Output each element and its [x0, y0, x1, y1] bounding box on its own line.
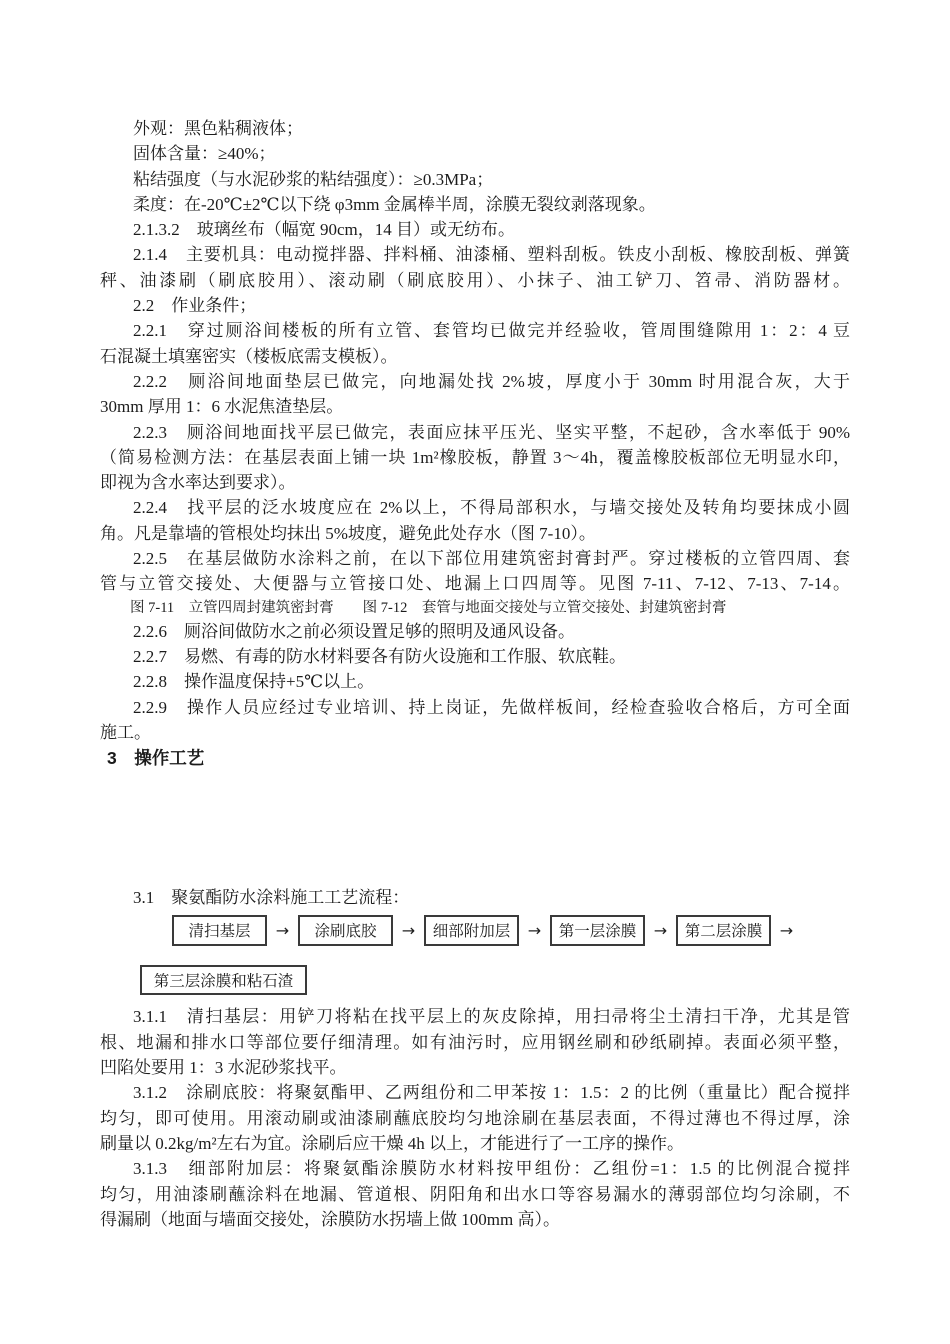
doc-line: 根、地漏和排水口等部位要仔细清理。如有油污时，应用钢丝刷和砂纸刷掉。表面必须平整…: [100, 1030, 850, 1055]
doc-line: 即视为含水率达到要求）。: [100, 470, 850, 495]
figure-caption: 图 7-11 立管四周封建筑密封膏 图 7-12 套管与地面交接处与立管交接处、…: [100, 597, 850, 619]
doc-line: 2.2.4 找平层的泛水坡度应在 2%以上，不得局部积水，与墙交接处及转角均要抹…: [100, 495, 850, 520]
doc-line: 3.1.1 清扫基层：用铲刀将粘在找平层上的灰皮除掉，用扫帚将尘土清扫干净，尤其…: [100, 1004, 850, 1029]
flow-arrow-icon: →: [393, 921, 424, 940]
doc-line: 施工。: [100, 720, 850, 745]
doc-line: 柔度：在-20℃±2℃以下绕 φ3mm 金属棒半周，涂膜无裂纹剥落现象。: [100, 192, 850, 217]
doc-line: （简易检测方法：在基层表面上铺一块 1m²橡胶板，静置 3～4h，覆盖橡胶板部位…: [100, 445, 850, 470]
doc-line: 得漏刷（地面与墙面交接处，涂膜防水拐墙上做 100mm 高）。: [100, 1207, 850, 1232]
blank-gap: [100, 771, 850, 885]
doc-line: 2.2.9 操作人员应经过专业培训、持上岗证，先做样板间，经检查验收合格后，方可…: [100, 695, 850, 720]
doc-line: 2.1.3.2 玻璃丝布（幅宽 90cm，14 目）或无纺布。: [100, 217, 850, 242]
flow-step-box: 清扫基层: [172, 915, 267, 946]
doc-line: 秤、油漆刷（刷底胶用）、滚动刷（刷底胶用）、小抹子、油工铲刀、笤帚、消防器材。: [100, 268, 850, 293]
doc-line: 2.2.2 厕浴间地面垫层已做完，向地漏处找 2%坡，厚度小于 30mm 时用混…: [100, 369, 850, 394]
doc-line: 3.1.3 细部附加层：将聚氨酯涂膜防水材料按甲组份：乙组份=1：1.5 的比例…: [100, 1156, 850, 1181]
doc-line: 2.1.4 主要机具：电动搅拌器、拌料桶、油漆桶、塑料刮板。铁皮小刮板、橡胶刮板…: [100, 242, 850, 267]
document-page: 外观：黑色粘稠液体； 固体含量：≥40%； 粘结强度（与水泥砂浆的粘结强度）：≥…: [0, 0, 950, 1344]
doc-line: 2.2.1 穿过厕浴间楼板的所有立管、套管均已做完并经验收，管周围缝隙用 1：2…: [100, 318, 850, 343]
flow-step-box: 细部附加层: [424, 915, 519, 946]
process-flow-row-2: 第三层涂膜和粘石渣: [140, 965, 850, 995]
flow-arrow-icon: →: [519, 921, 550, 940]
doc-line: 角。凡是靠墙的管根处均抹出 5%坡度，避免此处存水（图 7-10）。: [100, 521, 850, 546]
doc-line: 30mm 厚用 1：6 水泥焦渣垫层。: [100, 394, 850, 419]
document-content: 外观：黑色粘稠液体； 固体含量：≥40%； 粘结强度（与水泥砂浆的粘结强度）：≥…: [100, 116, 850, 1232]
doc-line: 均匀，即可使用。用滚动刷或油漆刷蘸底胶均匀地涂刷在基层表面，不得过薄也不得过厚，…: [100, 1106, 850, 1131]
doc-line: 2.2.5 在基层做防水涂料之前，在以下部位用建筑密封膏封严。穿过楼板的立管四周…: [100, 546, 850, 571]
flow-arrow-icon: →: [645, 921, 676, 940]
doc-line: 3.1.2 涂刷底胶：将聚氨酯甲、乙两组份和二甲苯按 1：1.5：2 的比例（重…: [100, 1080, 850, 1105]
doc-line: 粘结强度（与水泥砂浆的粘结强度）：≥0.3MPa；: [100, 167, 850, 192]
doc-line: 2.2.8 操作温度保持+5℃以上。: [100, 669, 850, 694]
flow-step-box: 涂刷底胶: [298, 915, 393, 946]
flow-step-box: 第二层涂膜: [676, 915, 771, 946]
flow-arrow-icon: →: [267, 921, 298, 940]
doc-line: 2.2.7 易燃、有毒的防水材料要各有防火设施和工作服、软底鞋。: [100, 644, 850, 669]
doc-line: 均匀，用油漆刷蘸涂料在地漏、管道根、阴阳角和出水口等容易漏水的薄弱部位均匀涂刷，…: [100, 1182, 850, 1207]
flow-step-box: 第一层涂膜: [550, 915, 645, 946]
doc-line: 2.2.3 厕浴间地面找平层已做完，表面应抹平压光、坚实平整，不起砂，含水率低于…: [100, 420, 850, 445]
doc-line: 管与立管交接处、大便器与立管接口处、地漏上口四周等。见图 7-11、7-12、7…: [100, 571, 850, 596]
flow-step-box: 第三层涂膜和粘石渣: [140, 965, 307, 995]
doc-line: 2.2 作业条件；: [100, 293, 850, 318]
process-flow-row-1: 清扫基层 → 涂刷底胶 → 细部附加层 → 第一层涂膜 → 第二层涂膜 →: [172, 913, 850, 947]
section-heading: 3 操作工艺: [107, 745, 850, 771]
doc-line: 凹陷处要用 1：3 水泥砂浆找平。: [100, 1055, 850, 1080]
flow-arrow-icon: →: [771, 921, 802, 940]
doc-line: 刷量以 0.2kg/m²左右为宜。涂刷后应干燥 4h 以上，才能进行了一工序的操…: [100, 1131, 850, 1156]
doc-line: 固体含量：≥40%；: [100, 141, 850, 166]
doc-line: 2.2.6 厕浴间做防水之前必须设置足够的照明及通风设备。: [100, 619, 850, 644]
doc-line: 外观：黑色粘稠液体；: [100, 116, 850, 141]
doc-line: 3.1 聚氨酯防水涂料施工工艺流程：: [100, 885, 850, 910]
doc-line: 石混凝土填塞密实（楼板底需支模板）。: [100, 344, 850, 369]
